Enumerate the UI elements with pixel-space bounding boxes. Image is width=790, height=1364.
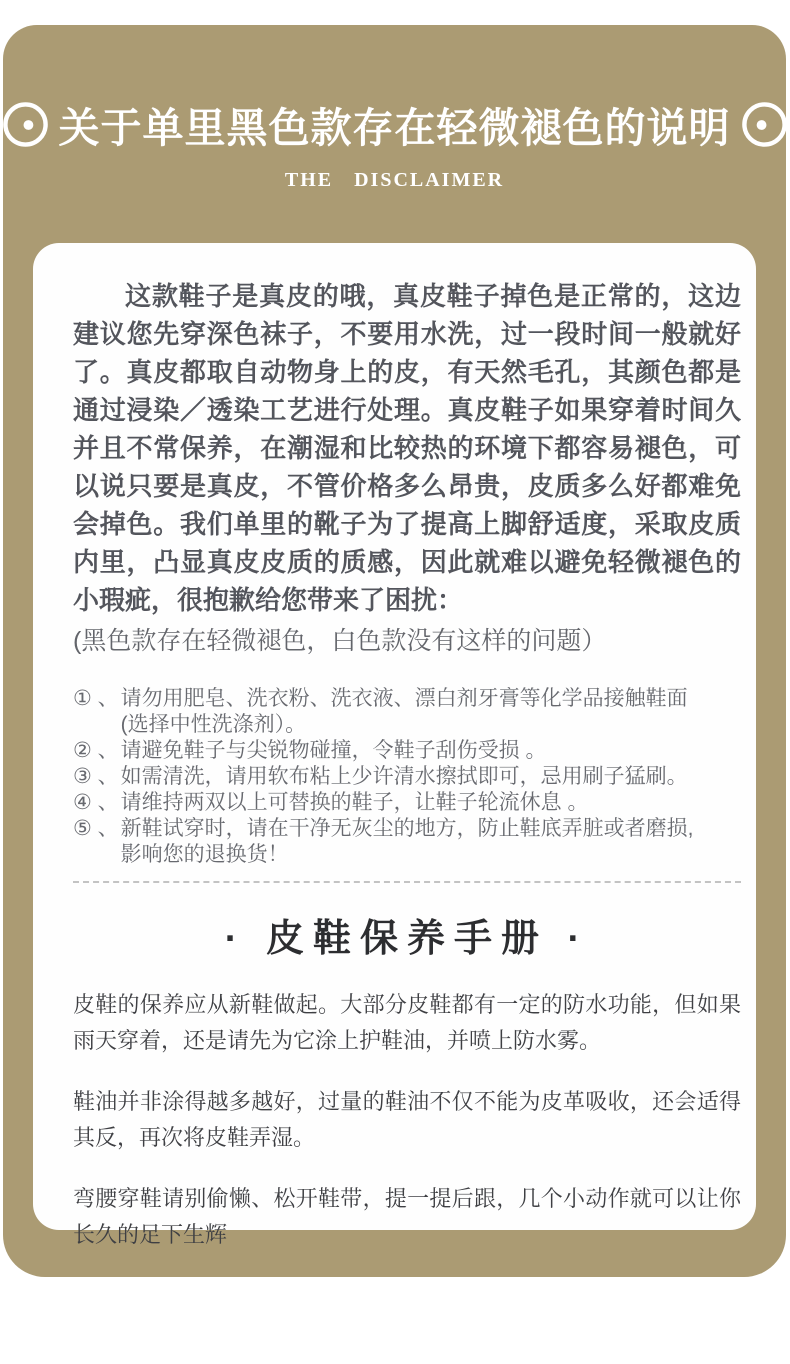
circle-dot-icon bbox=[1, 100, 50, 149]
tip-item: ⑤ 、 新鞋试穿时，请在干净无灰尘的地方，防止鞋底弄脏或者磨损, 影响您的退换货… bbox=[73, 816, 741, 868]
tip-item: ④ 、 请维持两双以上可替换的鞋子，让鞋子轮流休息 。 bbox=[73, 790, 741, 816]
tip-text: 新鞋试穿时，请在干净无灰尘的地方，防止鞋底弄脏或者磨损, 影响您的退换货！ bbox=[121, 816, 694, 868]
tip-text: 请维持两双以上可替换的鞋子，让鞋子轮流休息 。 bbox=[121, 790, 589, 816]
disclaimer-banner: 关于单里黑色款存在轻微褪色的说明 THE DISCLAIMER 这款鞋子是真皮的… bbox=[3, 25, 786, 1277]
care-paragraph: 弯腰穿鞋请别偷懒、松开鞋带，提一提后跟，几个小动作就可以让你长久的足下生辉 bbox=[73, 1181, 741, 1253]
care-paragraph: 鞋油并非涂得越多越好，过量的鞋油不仅不能为皮革吸收，还会适得其反，再次将皮鞋弄湿… bbox=[73, 1084, 741, 1156]
tip-item: ② 、 请避免鞋子与尖锐物碰撞，令鞋子刮伤受损 。 bbox=[73, 738, 741, 764]
tip-text: 如需清洗，请用软布粘上少许清水擦拭即可，忌用刷子猛刷。 bbox=[121, 764, 688, 790]
care-section-heading: · 皮鞋保养手册 · bbox=[73, 907, 741, 962]
tip-item: ③ 、 如需清洗，请用软布粘上少许清水擦拭即可，忌用刷子猛刷。 bbox=[73, 764, 741, 790]
tip-item: ① 、 请勿用肥皂、洗衣粉、洗衣液、漂白剂牙膏等化学品接触鞋面 (选择中性洗涤剂… bbox=[73, 686, 741, 738]
tip-text: 请避免鞋子与尖锐物碰撞，令鞋子刮伤受损 。 bbox=[121, 738, 547, 764]
circle-dot-icon bbox=[740, 100, 789, 149]
tip-text: 请勿用肥皂、洗衣粉、洗衣液、漂白剂牙膏等化学品接触鞋面 (选择中性洗涤剂）。 bbox=[121, 686, 688, 738]
banner-subtitle: THE DISCLAIMER bbox=[3, 169, 786, 192]
dashed-divider bbox=[73, 881, 741, 883]
intro-paragraph: 这款鞋子是真皮的哦，真皮鞋子掉色是正常的，这边建议您先穿深色袜子，不要用水洗，过… bbox=[73, 277, 741, 619]
tip-marker: ③ 、 bbox=[73, 764, 119, 790]
banner-title: 关于单里黑色款存在轻微褪色的说明 bbox=[59, 95, 731, 154]
care-paragraph: 皮鞋的保养应从新鞋做起。大部分皮鞋都有一定的防水功能，但如果雨天穿着，还是请先为… bbox=[73, 987, 741, 1059]
tip-marker: ⑤ 、 bbox=[73, 816, 119, 868]
note-line: (黑色款存在轻微褪色，白色款没有这样的问题） bbox=[73, 622, 741, 660]
tip-marker: ① 、 bbox=[73, 686, 119, 738]
disclaimer-card: 这款鞋子是真皮的哦，真皮鞋子掉色是正常的，这边建议您先穿深色袜子，不要用水洗，过… bbox=[33, 243, 756, 1230]
care-tips-list: ① 、 请勿用肥皂、洗衣粉、洗衣液、漂白剂牙膏等化学品接触鞋面 (选择中性洗涤剂… bbox=[73, 686, 741, 868]
tip-marker: ② 、 bbox=[73, 738, 119, 764]
tip-marker: ④ 、 bbox=[73, 790, 119, 816]
banner-title-row: 关于单里黑色款存在轻微褪色的说明 bbox=[3, 95, 786, 154]
